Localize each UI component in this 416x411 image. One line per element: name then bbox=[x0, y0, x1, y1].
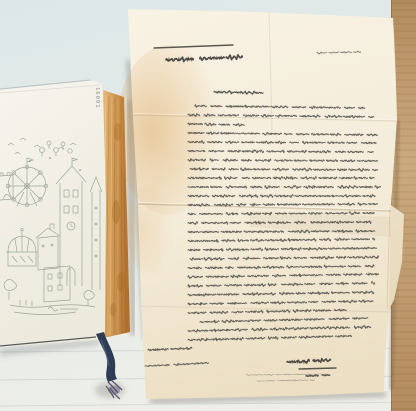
warm-reflection-lower bbox=[126, 185, 174, 275]
photo-scene: 16091 bbox=[0, 0, 416, 411]
book-cover bbox=[0, 81, 106, 347]
warm-reflection bbox=[116, 45, 220, 215]
letter bbox=[116, 9, 404, 401]
photo: 16091 bbox=[0, 0, 416, 411]
spine-number: 16091 bbox=[94, 87, 100, 109]
handwritten-stroke bbox=[299, 368, 336, 369]
